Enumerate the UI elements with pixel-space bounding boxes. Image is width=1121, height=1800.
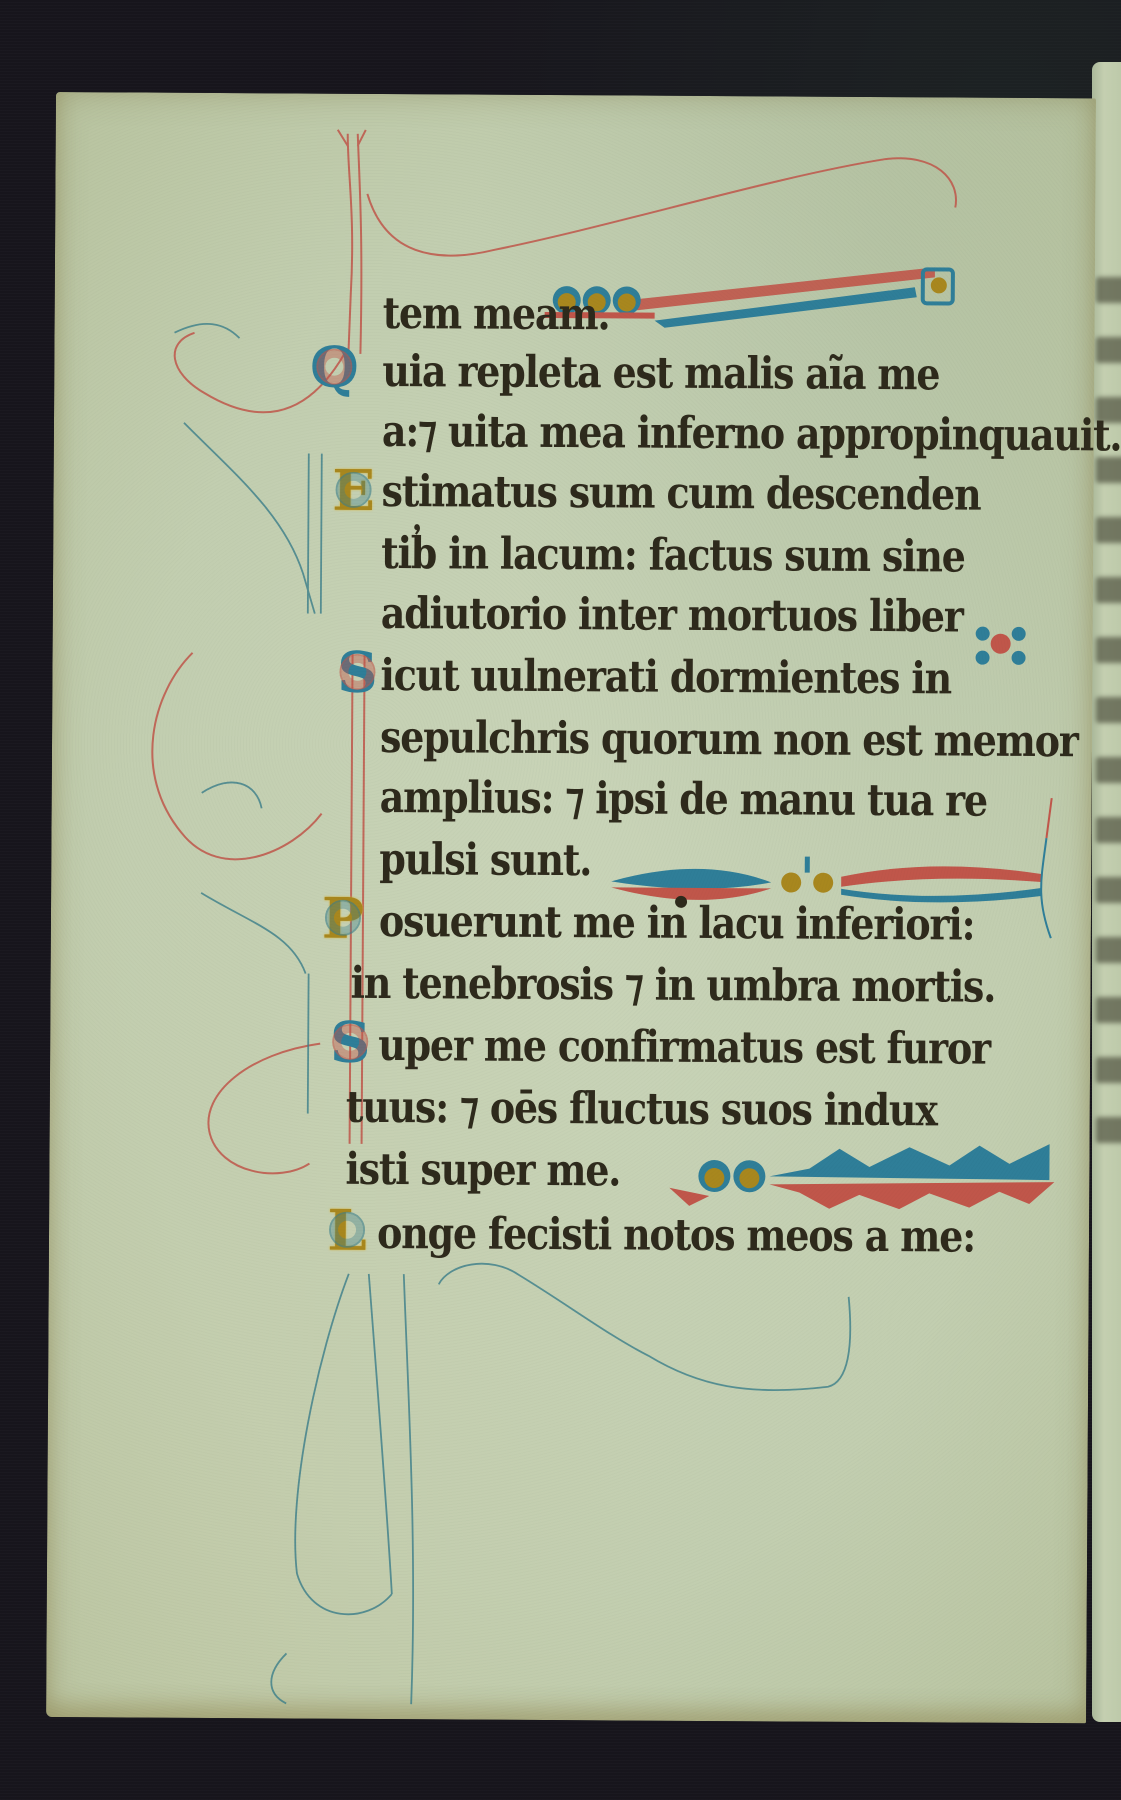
text-line-12: in tenebrosis ⁊ in umbra mortis. <box>350 961 995 1009</box>
text-line-5: tib̓ in lacum: factus sum sine <box>381 531 965 578</box>
text-line-15: isti super me. <box>345 1147 620 1192</box>
manuscript-page: tem meam. Q uia repleta est malis aĩa me… <box>46 92 1096 1723</box>
text-line-14: tuus: ⁊ oēs fluctus suos indux <box>346 1085 937 1132</box>
text-line-3: a:⁊ uita mea inferno appropinquauit. <box>382 409 1121 457</box>
text-line-13: uper me confirmatus est furor <box>378 1023 990 1070</box>
swirl-ornament-icon <box>329 1212 365 1248</box>
text-line-7: icut uulnerati dormientes in <box>380 653 951 700</box>
corner-stain <box>1034 1697 1080 1717</box>
initial-letter-l: L <box>317 1202 377 1260</box>
initial-letter-s-2: S <box>320 1014 380 1072</box>
text-line-10: pulsi sunt. <box>379 837 591 882</box>
text-line-16: onge fecisti notos meos a me: <box>377 1211 975 1258</box>
swirl-ornament-icon <box>332 1024 368 1060</box>
text-line-8: sepulchris quorum non est memor <box>380 715 1078 763</box>
swirl-ornament-icon <box>339 654 375 690</box>
facing-page-edge <box>1092 62 1121 1722</box>
swirl-ornament-icon <box>335 472 371 508</box>
text-line-6: adiutorio inter mortuos liber <box>381 591 963 638</box>
initial-letter-s: S <box>327 644 387 702</box>
text-block: tem meam. Q uia repleta est malis aĩa me… <box>46 92 1096 1723</box>
text-line-11: osuerunt me in lacu inferiori: <box>379 899 975 946</box>
text-line-9: amplius: ⁊ ipsi de manu tua re <box>380 775 988 822</box>
initial-letter-q: Q <box>304 339 364 397</box>
text-line-4: stimatus sum cum descenden <box>381 469 980 516</box>
swirl-ornament-icon <box>316 349 352 385</box>
swirl-ornament-icon <box>325 900 361 936</box>
initial-letter-e: E <box>323 462 383 520</box>
text-line-2: uia repleta est malis aĩa me <box>382 349 939 396</box>
initial-letter-p: P <box>313 890 373 948</box>
text-line-1: tem meam. <box>383 291 610 336</box>
